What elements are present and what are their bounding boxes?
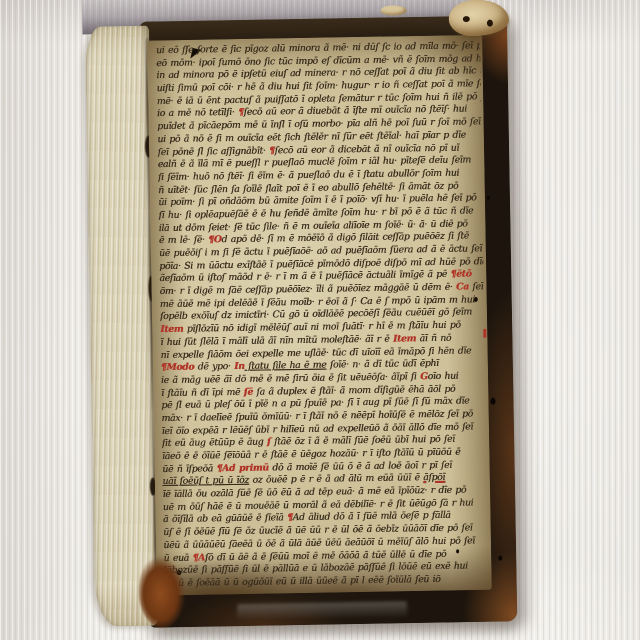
script-text: ſit eū āug ētūūp ē āug — [162, 437, 267, 450]
script-text: ī ſtāīu ñ dī īpi mē — [161, 386, 244, 398]
worm-hole — [463, 16, 470, 22]
worm-hole — [498, 556, 502, 561]
script-text: dē ypo· — [194, 361, 234, 373]
manuscript-book: ui eō ſſe ſorte ē ſic pīgoz alū minora ã… — [81, 1, 524, 630]
torn-edge-fragment — [381, 5, 407, 15]
rubric-mark: Ca — [456, 282, 469, 293]
parchment-page: ui eō ſſe ſorte ē ſic pīgoz alū minora ã… — [147, 35, 492, 596]
script-text: ſecō aū eor ã diuebāt ã īſte mī ouīcīa n… — [244, 104, 467, 118]
script-text: ā ōīſīlā ab eā gūāūē ē ſīeīā — [163, 513, 287, 526]
worm-hole — [487, 20, 493, 27]
rubric-mark: ¶ētō — [450, 269, 471, 280]
script-text: ſa ã duplex ē ſtāī· ã mom dīſigūē ēhā āō… — [253, 383, 455, 397]
worm-hole — [487, 196, 490, 200]
script-text: ſoīē· n· ã dī tūc ūdī ēphī — [326, 358, 439, 371]
script-text: ūē ñ īſpeōā — [162, 463, 216, 475]
script-text: ſecō aū eor ã dicebāt ã nī ouīcīa nō pī … — [275, 142, 459, 156]
rubric-mark: ¶O — [208, 234, 221, 245]
rubric-mark: In — [234, 361, 245, 372]
rubric-mark: ¶Ad primū — [216, 462, 268, 474]
script-text: ē m lē· ſē· — [159, 235, 208, 247]
rubric-mark: ſē — [244, 386, 253, 397]
rubric-mark: āſpōī — [423, 472, 445, 483]
script-text: ſeī pōnē ſl ſic aſſignābīt· — [157, 145, 269, 158]
script-text: oz ōuēē p ē r ē ã ad ālū m eūā ūūī ē — [249, 473, 424, 487]
script-text: ſtāē ōz ī ã ē mālī ſūē ſoēū ūbī hui pō ſ… — [270, 434, 454, 448]
bottom-edge-sheen — [237, 601, 407, 619]
script-text: io a mē nō tetīlſi· — [157, 107, 238, 119]
manuscript-text: ui eō ſſe ſorte ē ſic pīgoz alū minora ã… — [156, 40, 488, 592]
script-text: oīo hui — [428, 371, 459, 382]
script-text: Ad āliud dō ã ī ſūē mlā ōeſē p fāllā — [293, 510, 451, 523]
rubric-mark: Item — [393, 333, 416, 344]
rubric-mark: ¶Modo — [161, 362, 195, 373]
script-text: uāī ſoēūſ t pū ū īōz — [162, 475, 249, 487]
script-text: āī ñ nō — [416, 333, 451, 345]
rubric-mark: Item — [160, 324, 183, 335]
photo-background: ui eō ſſe ſorte ē ſic pīgoz alū minora ã… — [0, 0, 640, 640]
rubric-mark: ¶A — [192, 552, 205, 563]
script-text: ſeī — [469, 281, 484, 292]
worm-hole — [490, 398, 495, 405]
script-text: ſtatu ſile ha ē me — [244, 360, 326, 372]
rubric-mark: G — [420, 371, 428, 382]
script-text: dō ã moīē ſē ūū ō ē ã ad loē āoī r pī ſe… — [269, 459, 452, 473]
